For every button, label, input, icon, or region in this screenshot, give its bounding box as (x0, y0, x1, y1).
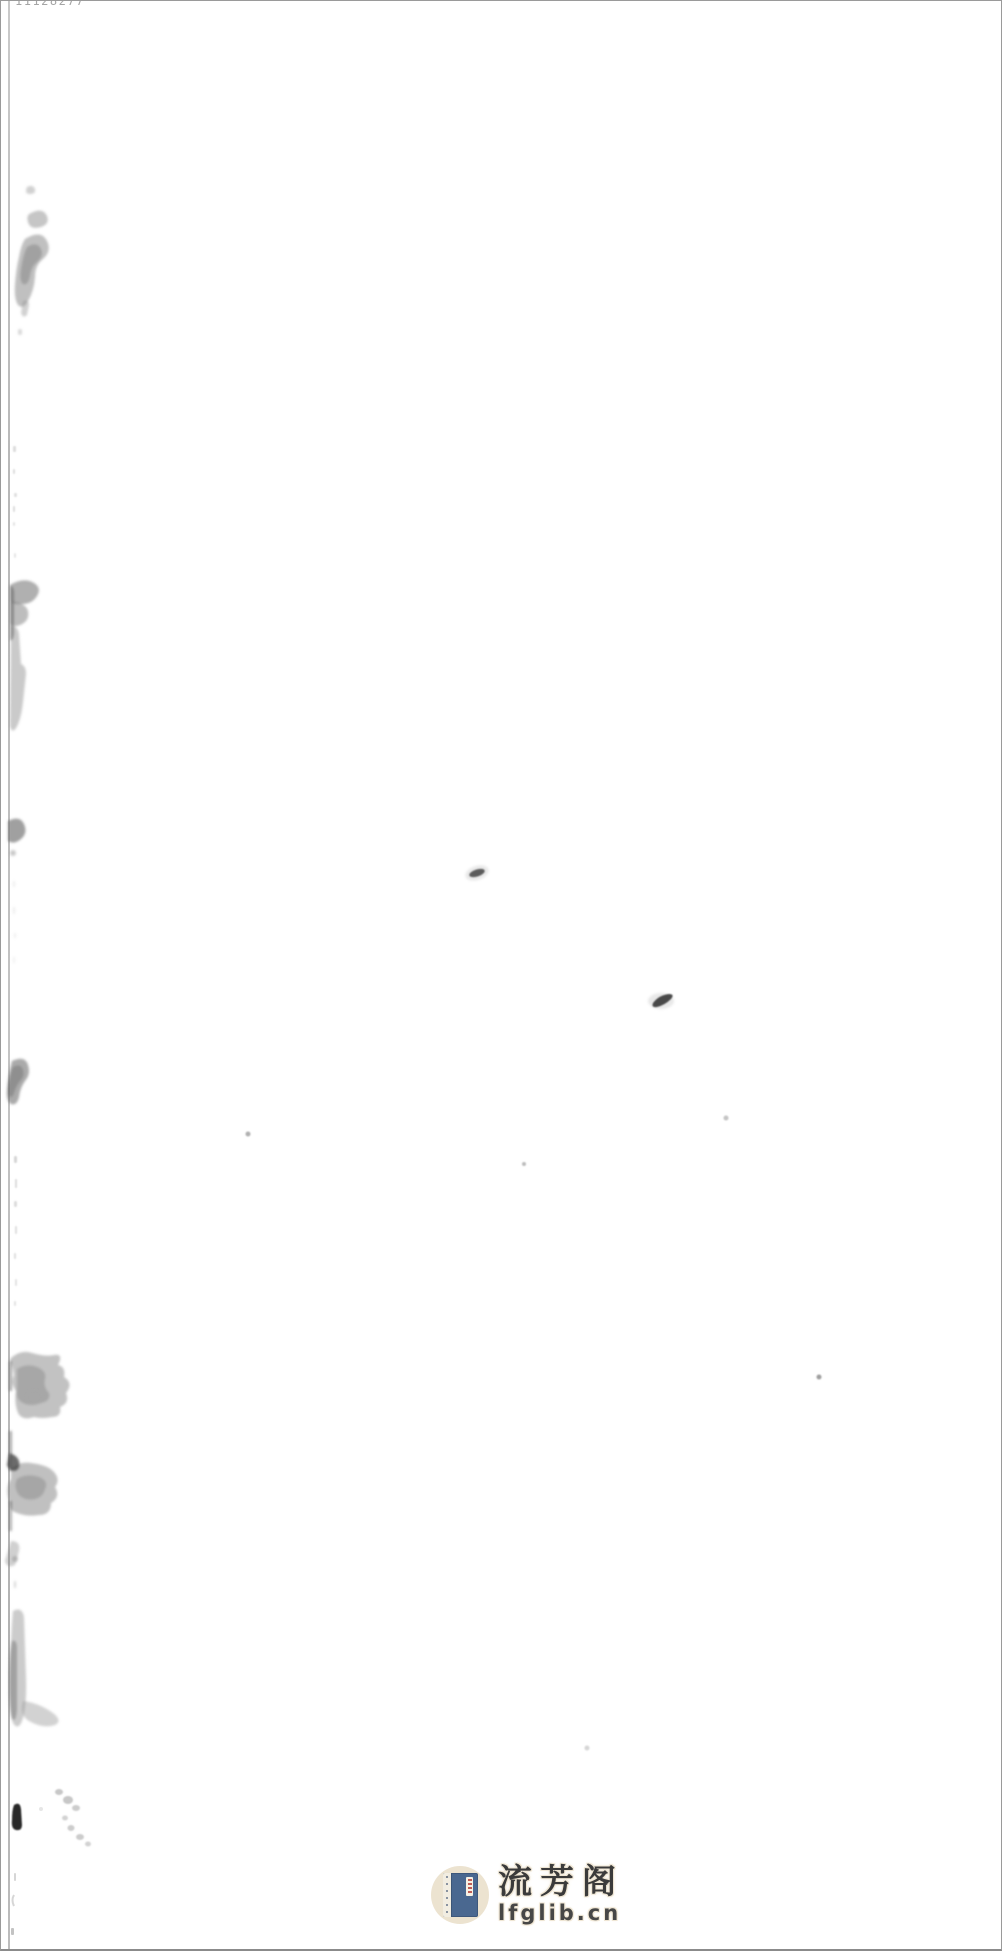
ink-stain-blob-2 (8, 819, 25, 963)
ink-squiggle-trail (55, 1789, 91, 1847)
ink-ticks-upper (13, 446, 17, 558)
watermark-site-name: 流芳阁 (498, 1865, 624, 1901)
page-binding-edge (8, 1, 10, 1949)
ink-stain-blob-1 (10, 580, 39, 730)
ink-stains-overlay (1, 1, 1002, 1951)
ink-specks (246, 863, 822, 1751)
scanned-page: 11128277 (0, 0, 1002, 1951)
book-spine-stitches (443, 1873, 452, 1917)
ink-stain-elongated (9, 1556, 59, 1727)
ink-stain-large-masses (5, 1352, 70, 1566)
ink-stain-blob-3 (7, 1059, 29, 1105)
watermark: 流芳阁 lfglib.cn (431, 1865, 624, 1925)
watermark-badge (431, 1866, 489, 1924)
stitched-book-icon (443, 1873, 478, 1917)
watermark-site-url: lfglib.cn (498, 1902, 624, 1925)
ink-stain-cluster-top (15, 186, 49, 335)
book-title-label (466, 1877, 473, 1896)
ink-marks-bottom-left (11, 1804, 43, 1935)
ink-ticks-middle (14, 1156, 17, 1306)
watermark-text: 流芳阁 lfglib.cn (498, 1865, 624, 1925)
scan-serial-number: 11128277 (15, 0, 85, 8)
